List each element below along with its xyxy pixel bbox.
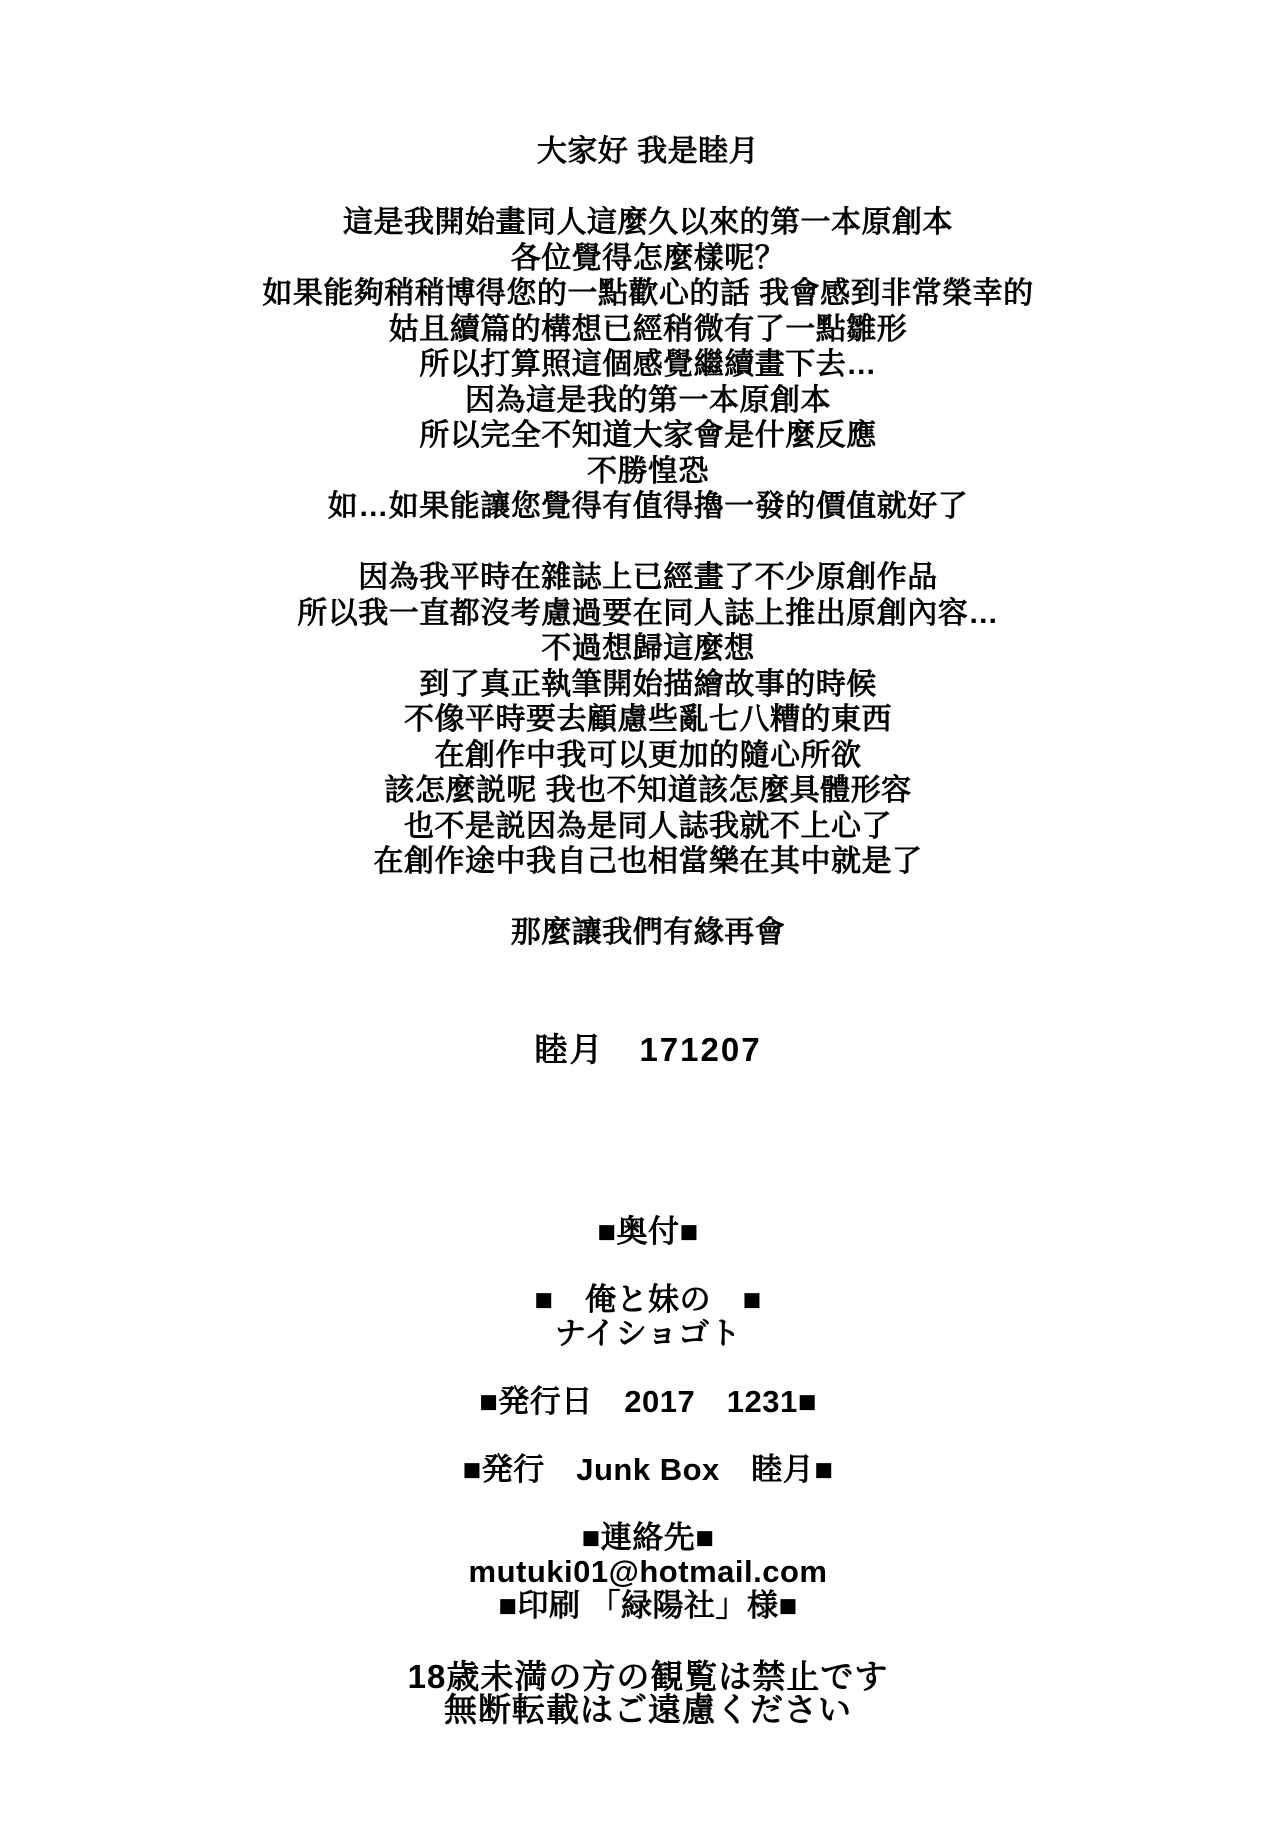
text-line: 也不是説因為是同人誌我就不上心了 [16, 809, 1280, 845]
text-line: 不勝惶恐 [16, 454, 1280, 490]
text-line [16, 880, 1280, 916]
text-line: 不過想歸這麼想 [16, 631, 1280, 667]
afterword-message: 大家好 我是睦月 這是我開始畫同人這麼久以來的第一本原創本各位覺得怎麼樣呢？如果… [0, 134, 1280, 951]
text-line: 各位覺得怎麼樣呢？ [16, 241, 1280, 277]
text-line [16, 1419, 1280, 1453]
text-line: ■発行日 2017 1231■ [16, 1385, 1280, 1419]
colophon-section: ■奥付■ ■ 俺と妹の ■ナイショゴト ■発行日 2017 1231■ ■発行 … [0, 1215, 1280, 1623]
text-line: 因為我平時在雜誌上已經畫了不少原創作品 [16, 560, 1280, 596]
text-line [16, 1487, 1280, 1521]
text-line: 所以打算照這個感覺繼續畫下去… [16, 347, 1280, 383]
text-line: ■印刷 「緑陽社」様■ [16, 1589, 1280, 1623]
text-line: 因為這是我的第一本原創本 [16, 383, 1280, 419]
text-line: ■ 俺と妹の ■ [16, 1283, 1280, 1317]
text-line: 不像平時要去顧慮些亂七八糟的東西 [16, 702, 1280, 738]
text-line: 如…如果能讓您覺得有值得擼一發的價值就好了 [16, 489, 1280, 525]
text-line [16, 525, 1280, 561]
text-line [16, 1249, 1280, 1283]
scanned-page: 大家好 我是睦月 這是我開始畫同人這麼久以來的第一本原創本各位覺得怎麼樣呢？如果… [0, 0, 1280, 1833]
text-line: mutuki01@hotmail.com [16, 1555, 1280, 1589]
text-line: ■発行 Junk Box 睦月■ [16, 1453, 1280, 1487]
text-line: ■奥付■ [16, 1215, 1280, 1249]
text-line: 所以完全不知道大家會是什麼反應 [16, 418, 1280, 454]
text-line: 無断転載はご遠慮ください [16, 1694, 1280, 1727]
text-line: 所以我一直都沒考慮過要在同人誌上推出原創內容… [16, 596, 1280, 632]
author-signature: 睦月 171207 [0, 1024, 1280, 1071]
text-line: 姑且續篇的構想已經稍微有了一點雛形 [16, 312, 1280, 348]
text-line: 在創作中我可以更加的隨心所欲 [16, 738, 1280, 774]
text-line [16, 1351, 1280, 1385]
text-line: 到了真正執筆開始描繪故事的時候 [16, 667, 1280, 703]
text-line: 18歳未満の方の観覧は禁止です [16, 1661, 1280, 1694]
text-line: 這是我開始畫同人這麼久以來的第一本原創本 [16, 205, 1280, 241]
age-warning: 18歳未満の方の観覧は禁止です無断転載はご遠慮ください [0, 1661, 1280, 1727]
text-line [16, 170, 1280, 206]
text-line: 如果能夠稍稍博得您的一點歡心的話 我會感到非常榮幸的 [16, 276, 1280, 312]
text-line: 大家好 我是睦月 [16, 134, 1280, 170]
text-line: 在創作途中我自己也相當樂在其中就是了 [16, 844, 1280, 880]
text-line: 那麼讓我們有緣再會 [16, 915, 1280, 951]
text-line: ナイショゴト [16, 1317, 1280, 1351]
text-line: 該怎麼説呢 我也不知道該怎麼具體形容 [16, 773, 1280, 809]
text-line: ■連絡先■ [16, 1521, 1280, 1555]
